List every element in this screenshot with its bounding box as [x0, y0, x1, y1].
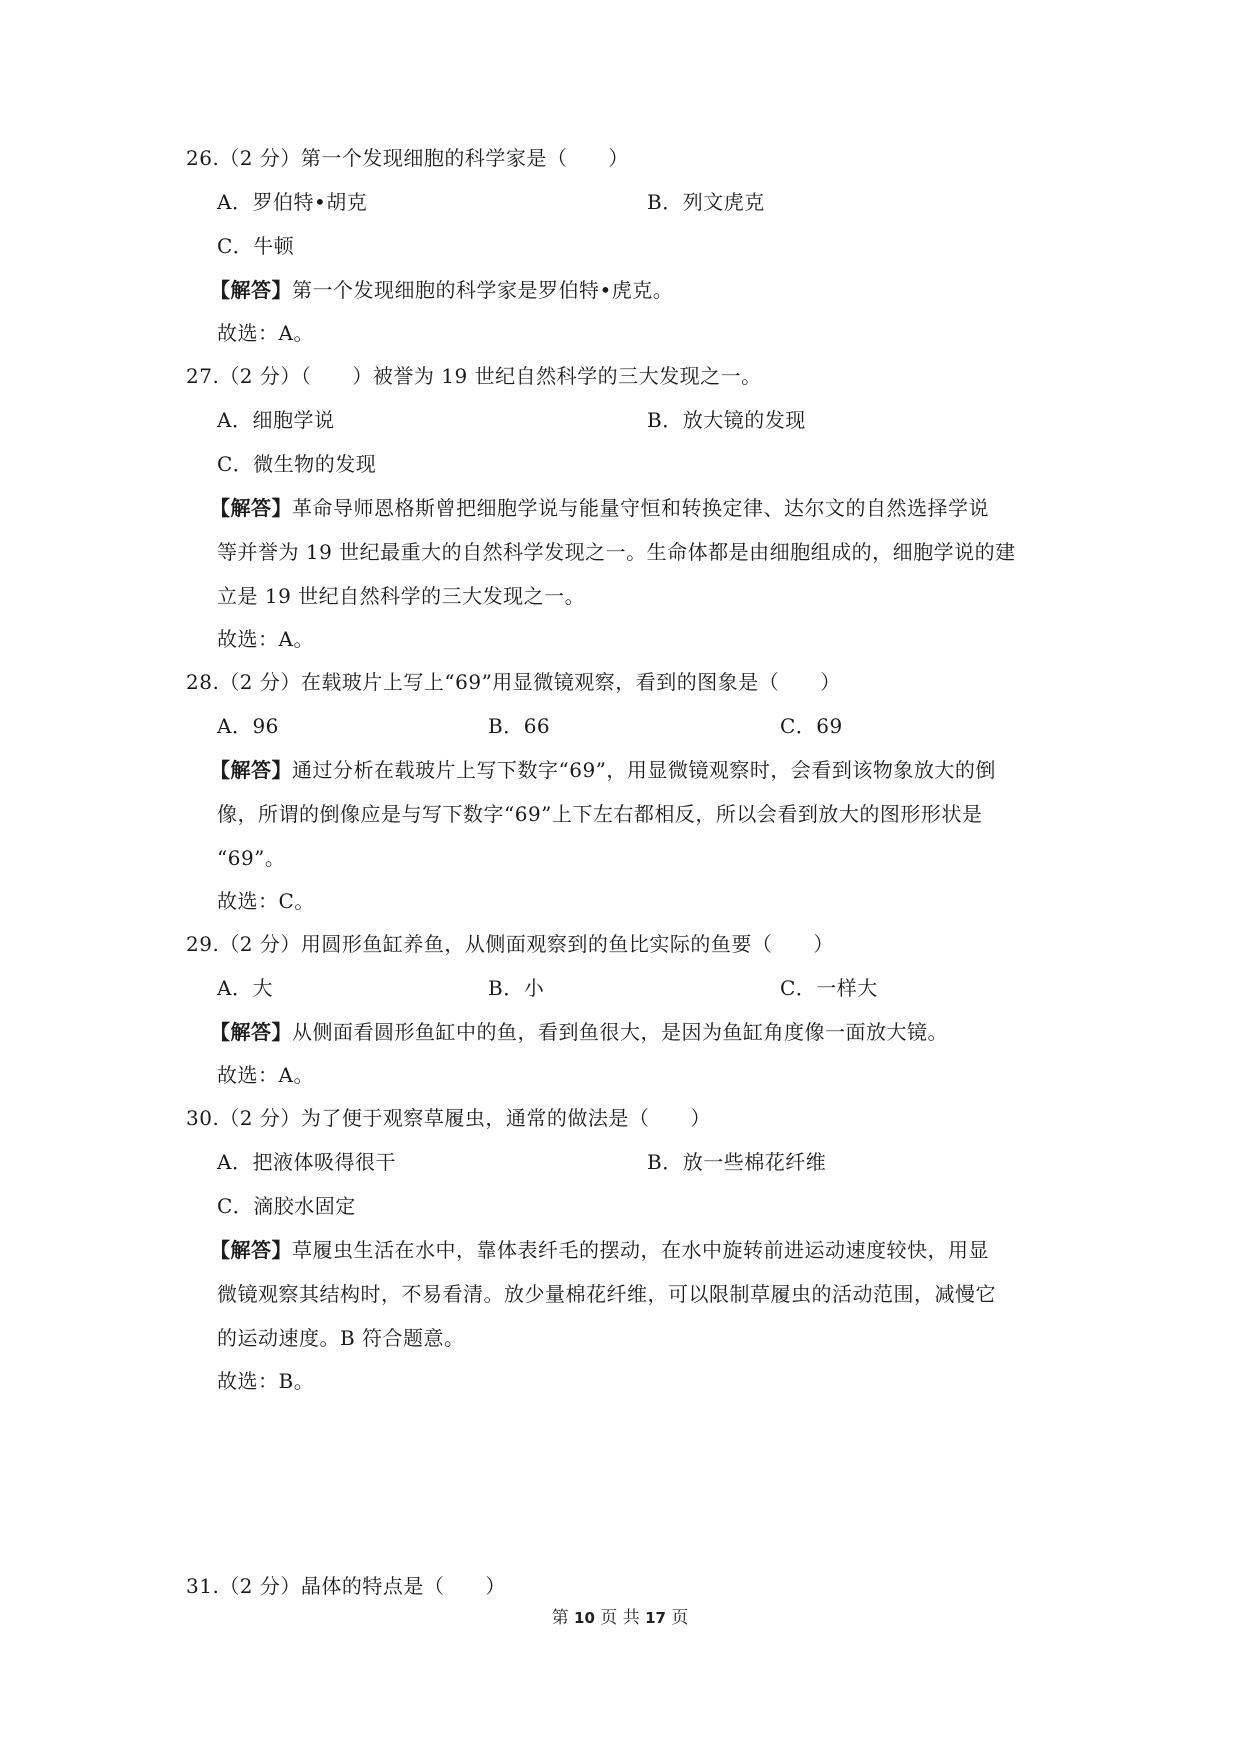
question-31-stem: 31.（2 分）晶体的特点是（ ）	[186, 1574, 506, 1598]
answer-text: 草履虫生活在水中，靠体表纤毛的摆动，在水中旋转前进运动速度较快，用显	[292, 1238, 989, 1262]
question-29-option-a: A．大	[217, 976, 273, 1000]
question-28-answer-line-2: 像，所谓的倒像应是与写下数字“69”上下左右都相反，所以会看到放大的图形形状是	[217, 802, 982, 826]
question-text: 第一个发现细胞的科学家是（ ）	[301, 146, 629, 170]
question-score: （2 分）	[219, 932, 301, 956]
question-26-choice: 故选：A。	[217, 321, 314, 345]
question-number: 26.	[186, 146, 219, 170]
question-30-option-c: C．滴胶水固定	[217, 1194, 356, 1218]
question-28-choice: 故选：C。	[217, 889, 315, 913]
question-score: （2 分）	[219, 1106, 301, 1130]
question-29-stem: 29.（2 分）用圆形鱼缸养鱼，从侧面观察到的鱼比实际的鱼要（ ）	[186, 932, 834, 956]
question-score: （2 分）	[219, 146, 301, 170]
question-30-choice: 故选：B。	[217, 1369, 314, 1393]
question-28-option-a: A．96	[217, 714, 279, 738]
answer-text: 革命导师恩格斯曾把细胞学说与能量守恒和转换定律、达尔文的自然选择学说	[292, 496, 989, 520]
question-27-answer-line-3: 立是 19 世纪自然科学的三大发现之一。	[217, 584, 585, 608]
question-30-answer-line-2: 微镜观察其结构时，不易看清。放少量棉花纤维，可以限制草履虫的活动范围，减慢它	[217, 1282, 996, 1306]
question-26-stem: 26.（2 分）第一个发现细胞的科学家是（ ）	[186, 146, 629, 170]
page-footer: 第 10 页 共 17 页	[0, 1608, 1240, 1628]
question-30-option-a: A．把液体吸得很干	[217, 1150, 396, 1174]
question-28-stem: 28.（2 分）在载玻片上写上“69”用显微镜观察，看到的图象是（ ）	[186, 670, 841, 694]
answer-text: 第一个发现细胞的科学家是罗伯特•虎克。	[292, 278, 673, 302]
question-28-option-c: C．69	[780, 714, 843, 738]
question-number: 31.	[186, 1574, 219, 1598]
question-29-option-c: C．一样大	[780, 976, 878, 1000]
question-27-answer-line-2: 等并誉为 19 世纪最重大的自然科学发现之一。生命体都是由细胞组成的，细胞学说的…	[217, 540, 1016, 564]
question-text: 用圆形鱼缸养鱼，从侧面观察到的鱼比实际的鱼要（ ）	[301, 932, 834, 956]
question-27-stem: 27.（2 分）（ ）被誉为 19 世纪自然科学的三大发现之一。	[186, 364, 762, 388]
question-27-option-c: C．微生物的发现	[217, 452, 376, 476]
question-28-option-b: B．66	[488, 714, 550, 738]
question-text: 为了便于观察草履虫，通常的做法是（ ）	[301, 1106, 711, 1130]
question-number: 27.	[186, 364, 219, 388]
answer-label: 【解答】	[210, 758, 292, 782]
question-30-answer-line-3: 的运动速度。B 符合题意。	[217, 1326, 465, 1350]
question-number: 30.	[186, 1106, 219, 1130]
question-27-option-b: B．放大镜的发现	[647, 408, 806, 432]
total-pages-number: 17	[645, 1609, 666, 1627]
question-text: 晶体的特点是（ ）	[301, 1574, 506, 1598]
question-text: 在载玻片上写上“69”用显微镜观察，看到的图象是（ ）	[301, 670, 841, 694]
current-page-number: 10	[574, 1609, 595, 1627]
question-number: 29.	[186, 932, 219, 956]
footer-prefix: 第	[552, 1608, 569, 1628]
answer-label: 【解答】	[210, 1238, 292, 1262]
question-30-answer: 【解答】草履虫生活在水中，靠体表纤毛的摆动，在水中旋转前进运动速度较快，用显	[210, 1238, 989, 1262]
question-26-option-a: A．罗伯特•胡克	[217, 190, 367, 214]
answer-label: 【解答】	[210, 496, 292, 520]
answer-text: 从侧面看圆形鱼缸中的鱼，看到鱼很大，是因为鱼缸角度像一面放大镜。	[292, 1020, 948, 1044]
question-score: （2 分）	[219, 670, 301, 694]
answer-text: 通过分析在载玻片上写下数字“69”，用显微镜观察时，会看到该物象放大的倒	[292, 758, 996, 782]
answer-label: 【解答】	[210, 1020, 292, 1044]
question-28-answer-line-3: “69”。	[217, 846, 285, 870]
question-28-answer: 【解答】通过分析在载玻片上写下数字“69”，用显微镜观察时，会看到该物象放大的倒	[210, 758, 996, 782]
footer-suffix: 页	[671, 1608, 688, 1628]
question-26-answer: 【解答】第一个发现细胞的科学家是罗伯特•虎克。	[210, 278, 673, 302]
question-26-option-b: B．列文虎克	[647, 190, 765, 214]
question-30-stem: 30.（2 分）为了便于观察草履虫，通常的做法是（ ）	[186, 1106, 711, 1130]
question-27-option-a: A．细胞学说	[217, 408, 334, 432]
question-text: （ ）被誉为 19 世纪自然科学的三大发现之一。	[301, 364, 762, 388]
question-score: （2 分）	[219, 1574, 301, 1598]
footer-middle: 页 共	[600, 1608, 639, 1628]
question-number: 28.	[186, 670, 219, 694]
question-29-answer: 【解答】从侧面看圆形鱼缸中的鱼，看到鱼很大，是因为鱼缸角度像一面放大镜。	[210, 1020, 948, 1044]
question-score: （2 分）	[219, 364, 301, 388]
question-27-choice: 故选：A。	[217, 627, 314, 651]
question-29-choice: 故选：A。	[217, 1063, 314, 1087]
question-26-option-c: C．牛顿	[217, 234, 294, 258]
question-29-option-b: B．小	[488, 976, 544, 1000]
question-27-answer: 【解答】革命导师恩格斯曾把细胞学说与能量守恒和转换定律、达尔文的自然选择学说	[210, 496, 989, 520]
question-30-option-b: B．放一些棉花纤维	[647, 1150, 826, 1174]
answer-label: 【解答】	[210, 278, 292, 302]
